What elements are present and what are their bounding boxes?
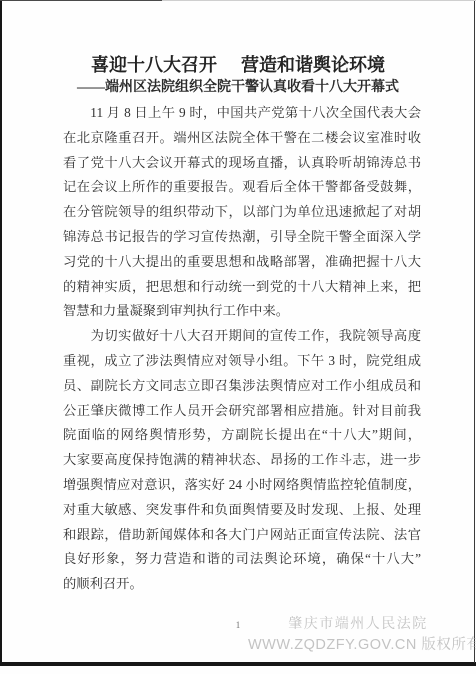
document-page: 喜迎十八大召开 营造和谐舆论环境 ——端州区法院组织全院干警认真收看十八大开幕式… bbox=[0, 0, 476, 674]
body-text-line: 锦涛总书记报告的学习宣传热潮，引导全院干警全面深入学 bbox=[63, 225, 421, 250]
body-text-line: 良好形象，努力营造和谐的司法舆论环境，确保“十八大” bbox=[63, 547, 421, 572]
watermark-website-copyright: WWW.ZQDZFY.GOV.CN 版权所有 bbox=[248, 634, 468, 656]
body-text-line: 员、副院长方文同志立即召集涉法舆情应对工作小组成员和 bbox=[63, 374, 421, 399]
document-subtitle: ——端州区法院组织全院干警认真收看十八大开幕式 bbox=[0, 78, 476, 98]
body-text-line: 的精神实质，把思想和行动统一到党的十八大精神上来，把 bbox=[63, 275, 421, 300]
document-title: 喜迎十八大召开 营造和谐舆论环境 bbox=[0, 52, 476, 78]
body-text-line: 智慧和力量凝聚到审判执行工作中来。 bbox=[63, 299, 421, 324]
body-text-line: 的顺利召开。 bbox=[63, 572, 421, 597]
body-text-line: 和跟踪，借助新闻媒体和各大门户网站正面宣传法院、法官 bbox=[63, 523, 421, 548]
scan-edge-bottom bbox=[0, 662, 476, 666]
document-title-right: 营造和谐舆论环境 bbox=[241, 52, 385, 78]
scan-edge-right bbox=[474, 0, 475, 663]
body-text-line: 在北京隆重召开。端州区法院全体干警在二楼会议室准时收 bbox=[63, 126, 421, 151]
body-text-line: 增强舆情应对意识，落实好 24 小时网络舆情监控轮值制度， bbox=[63, 473, 421, 498]
body-text-line: 公正肇庆微博工作人员开会研究部署相应措施。针对目前我 bbox=[63, 399, 421, 424]
body-text-line: 对重大敏感、突发事件和负面舆情要及时发现、上报、处理 bbox=[63, 498, 421, 523]
body-text-line: 重视，成立了涉法舆情应对领导小组。下午 3 时，院党组成 bbox=[63, 349, 421, 374]
body-text-line: 记在会议上所作的重要报告。观看后全体干警都备受鼓舞， bbox=[63, 175, 421, 200]
body-text-line: 院面临的网络舆情形势，方副院长提出在“十八大”期间， bbox=[63, 423, 421, 448]
watermark-court-name: 肇庆市端州人民法院 bbox=[248, 612, 468, 634]
watermark: 肇庆市端州人民法院 WWW.ZQDZFY.GOV.CN 版权所有 bbox=[248, 612, 468, 656]
body-text-line: 11 月 8 日上午 9 时，中国共产党第十八次全国代表大会 bbox=[63, 101, 421, 126]
document-body: 11 月 8 日上午 9 时，中国共产党第十八次全国代表大会在北京隆重召开。端州… bbox=[63, 101, 421, 597]
body-text-line: 习党的十八大提出的重要思想和战略部署，准确把握十八大 bbox=[63, 250, 421, 275]
body-text-line: 在分管院领导的组织带动下，以部门为单位迅速掀起了对胡 bbox=[63, 200, 421, 225]
body-text-line: 大家要高度保持饱满的精神状态、昂扬的工作斗志，进一步 bbox=[63, 448, 421, 473]
scan-edge-left bbox=[0, 0, 2, 666]
document-title-left: 喜迎十八大召开 bbox=[91, 52, 217, 78]
body-text-line: 为切实做好十八大召开期间的宣传工作，我院领导高度 bbox=[63, 324, 421, 349]
scan-edge-top-dark-segment bbox=[0, 0, 162, 1]
body-text-line: 看了党十八大会议开幕式的现场直播，认真聆听胡锦涛总书 bbox=[63, 151, 421, 176]
